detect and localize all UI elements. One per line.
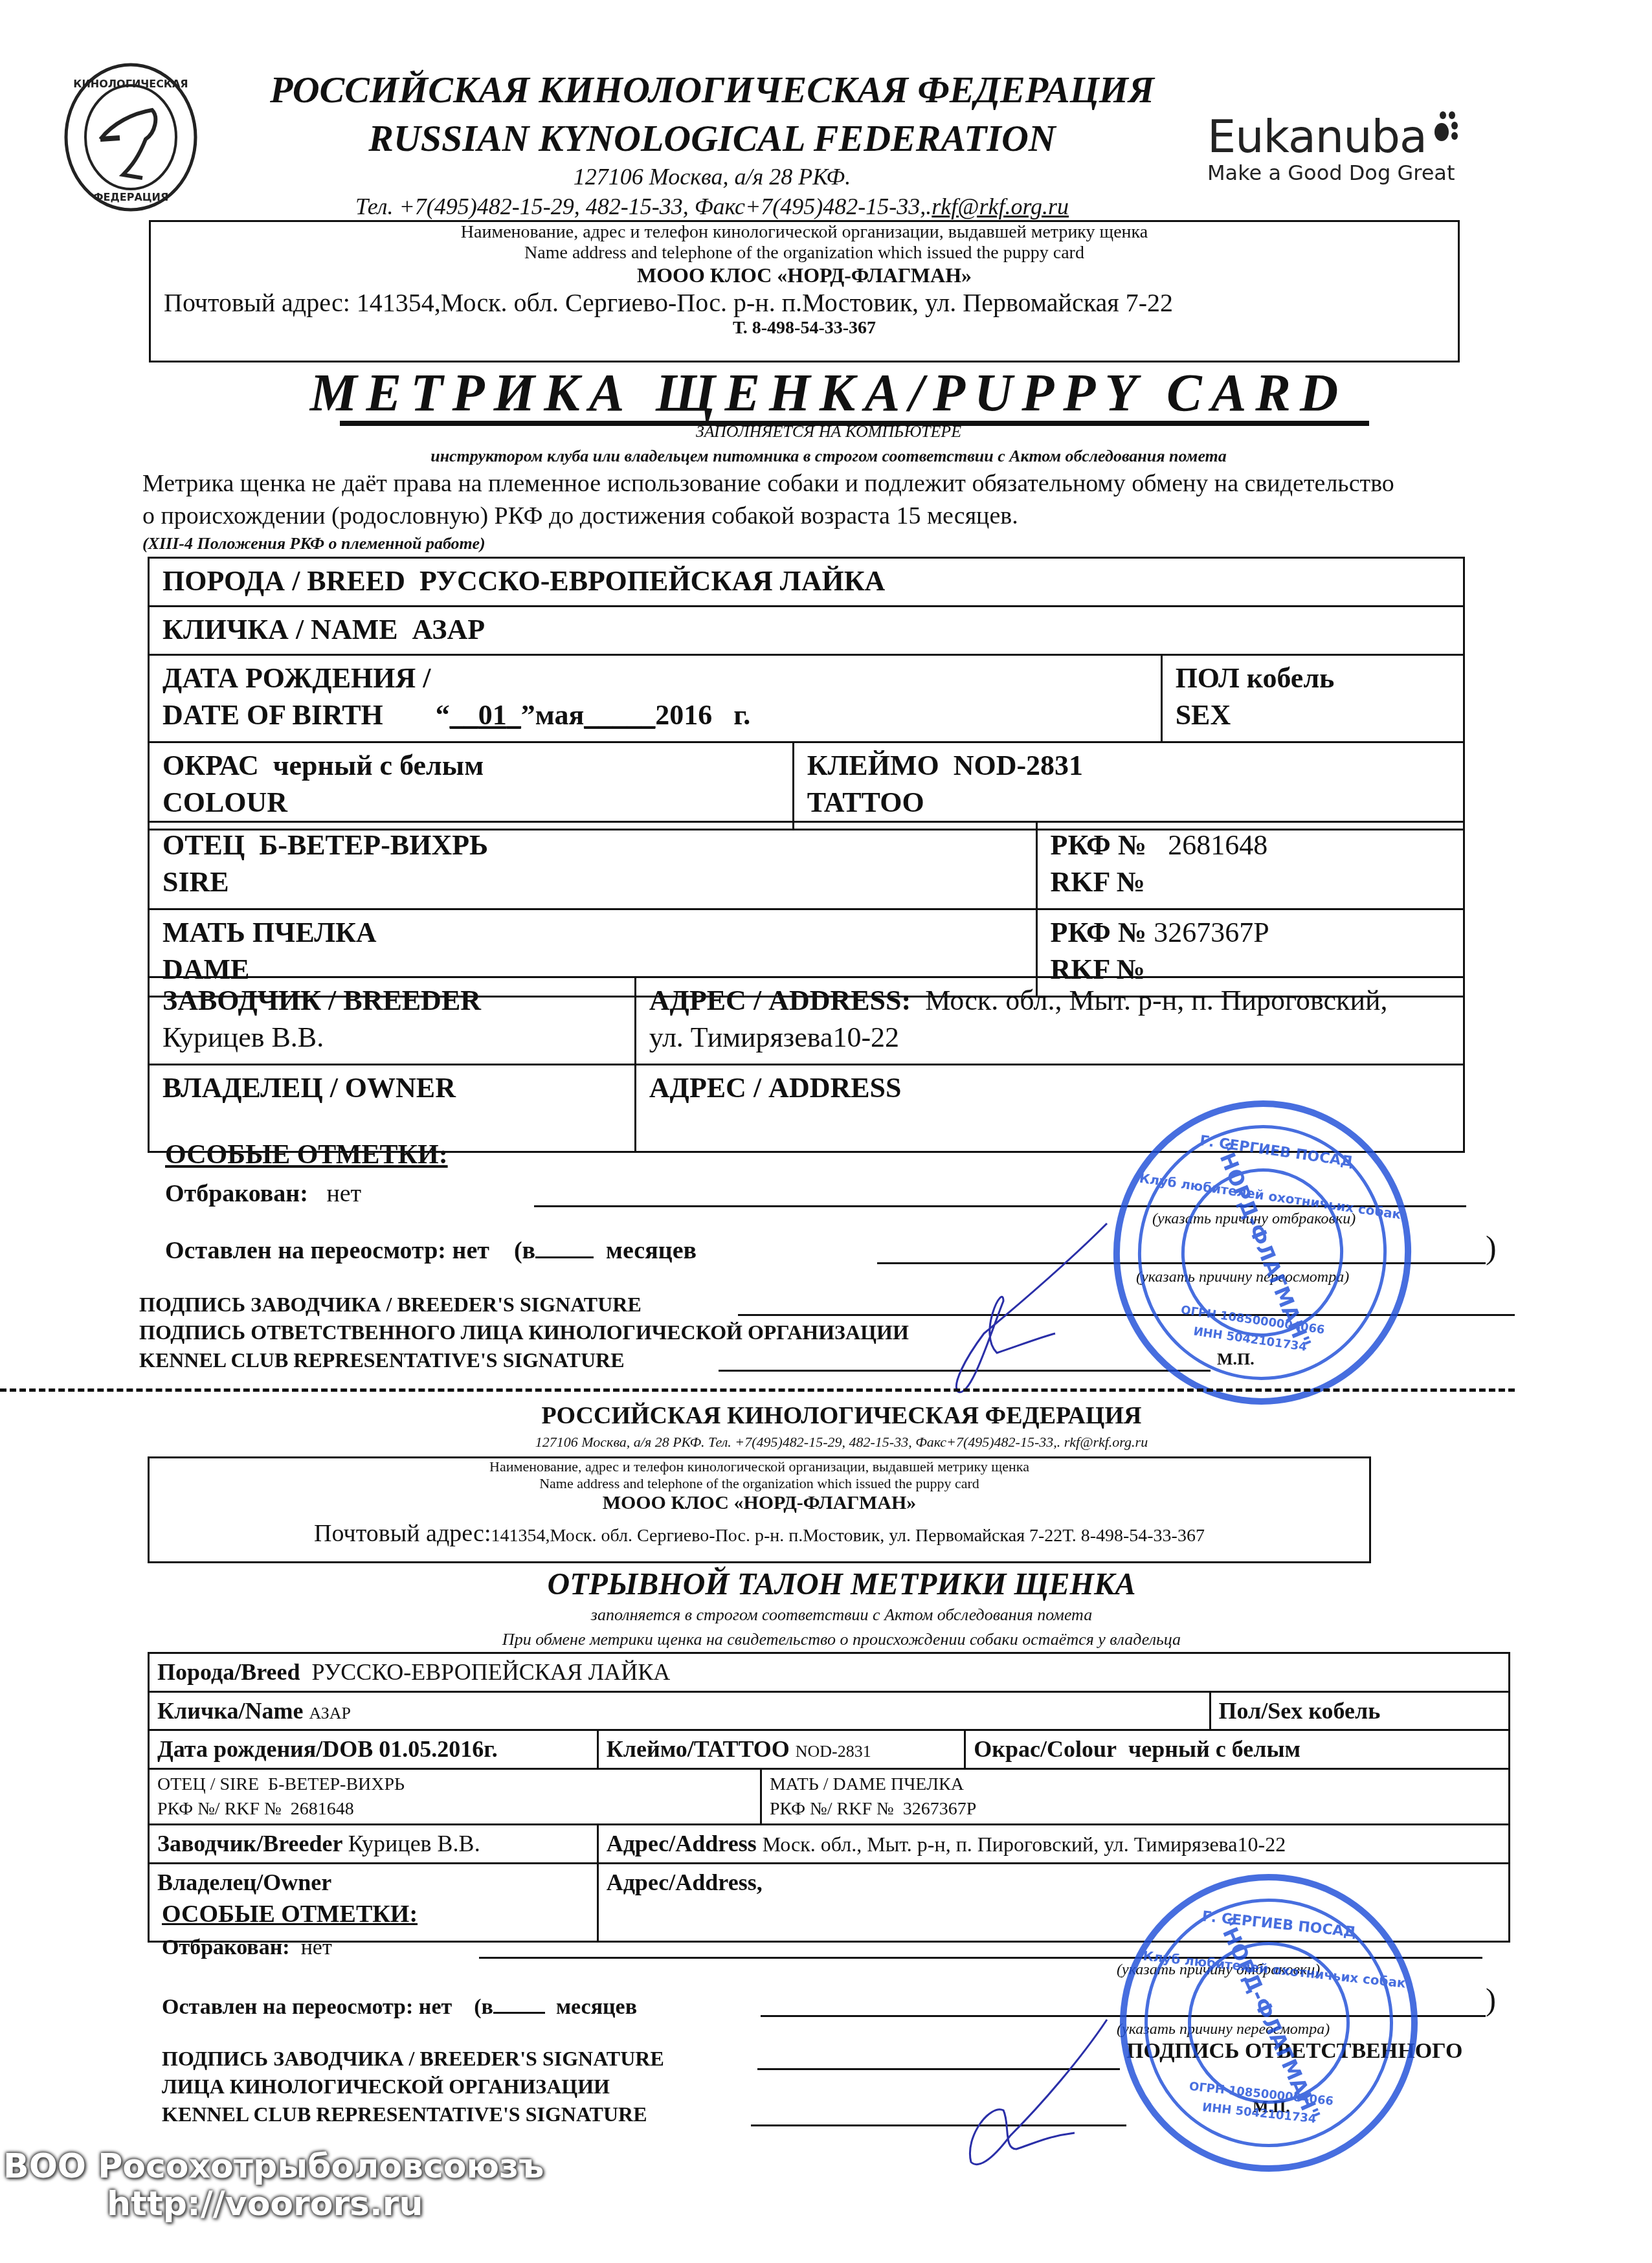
issuer-name: МООО КЛОС «НОРД-ФЛАГМАН» <box>151 263 1458 287</box>
sire-reg-label-en: RKF № <box>1051 864 1450 900</box>
stub-breeder-signature-label: ПОДПИСЬ ЗАВОДЧИКА / BREEDER'S SIGNATURE <box>162 2047 664 2071</box>
stub-note-2: При обмене метрики щенка на свидетельств… <box>129 1630 1554 1649</box>
stub-culled-row: Отбракован: нет <box>162 1935 332 1960</box>
stub-sire-label: ОТЕЦ / SIRE <box>157 1774 259 1794</box>
breeder-address-line-1: Моск. обл., Мыт. р-н, п. Пироговский, <box>925 985 1387 1016</box>
header-contacts: Тел. +7(495)482-15-29, 482-15-33, Факс+7… <box>259 193 1165 220</box>
stub-breeder-address-label: Адрес/Address <box>607 1831 757 1856</box>
stub-dam-reg: 3267367Р <box>903 1799 977 1819</box>
stub-name-label: Кличка/Name <box>157 1698 304 1724</box>
regulation-ref: (XIII-4 Положения РКФ о племенной работе… <box>142 534 790 553</box>
colour-row: ОКРАС черный с белым COLOUR КЛЕЙМО NOD-2… <box>149 742 1464 830</box>
stub-name-row: Кличка/Name АЗАР Пол/Sex кобель <box>149 1691 1510 1730</box>
tear-off-line <box>0 1388 1515 1392</box>
review-months-field[interactable] <box>535 1256 594 1258</box>
breed-label: ПОРОДА / BREED <box>162 565 405 597</box>
issuer-postal-address: Почтовый адрес: 141354,Моск. обл. Сергие… <box>151 287 1458 318</box>
owner-address-label: АДРЕС / ADDRESS <box>649 1069 1450 1106</box>
sponsor-brand: Eukanuba <box>1207 110 1427 163</box>
stub-dam-label: МАТЬ / DAME <box>770 1774 886 1794</box>
stub-review-months-suffix: месяцев <box>556 1995 637 2019</box>
owner-label: ВЛАДЕЛЕЦ / OWNER <box>162 1069 621 1106</box>
special-marks-title: ОСОБЫЕ ОТМЕТКИ: <box>165 1139 448 1170</box>
issuer-label-ru: Наименование, адрес и телефон кинологиче… <box>151 222 1458 243</box>
review-close-paren: ) <box>1486 1229 1497 1266</box>
breed-value: РУССКО-ЕВРОПЕЙСКАЯ ЛАЙКА <box>419 565 885 597</box>
sire-row: ОТЕЦ Б-ВЕТЕР-ВИХРЬ SIRE РКФ № 2681648 RK… <box>149 822 1464 909</box>
issuer-phone: Т. 8-498-54-33-367 <box>151 318 1458 339</box>
stub-breed-value: РУССКО-ЕВРОПЕЙСКАЯ ЛАЙКА <box>312 1659 671 1685</box>
stub-contacts: 127106 Москва, а/я 28 РКФ. Тел. +7(495)4… <box>129 1434 1554 1451</box>
dob-month: мая <box>535 699 584 731</box>
stub-review-value: нет <box>419 1995 452 2019</box>
culled-value: нет <box>326 1180 361 1207</box>
culled-label: Отбракован: <box>165 1180 308 1207</box>
stub-heading: ОТРЫВНОЙ ТАЛОН МЕТРИКИ ЩЕНКА <box>129 1566 1554 1602</box>
breeder-address-label: АДРЕС / ADDRESS: <box>649 985 911 1016</box>
svg-text:ФЕДЕРАЦИЯ: ФЕДЕРАЦИЯ <box>93 191 169 203</box>
dob-label-en: DATE OF BIRTH <box>162 699 383 731</box>
stub-postal-value: 141354,Моск. обл. Сергиево-Пос. р-н. п.М… <box>491 1526 1204 1546</box>
breeder-signature-label: ПОДПИСЬ ЗАВОДЧИКА / BREEDER'S SIGNATURE <box>139 1293 642 1317</box>
stub-breeder-address: Моск. обл., Мыт. р-н, п. Пироговский, ул… <box>763 1833 1286 1856</box>
watermark-url[interactable]: http://voorors.ru <box>3 2185 544 2223</box>
dog-info-table: ПОРОДА / BREED РУССКО-ЕВРОПЕЙСКАЯ ЛАЙКА … <box>148 557 1465 831</box>
stub-review-months-field[interactable] <box>493 2012 545 2014</box>
stub-title-ru: РОССИЙСКАЯ КИНОЛОГИЧЕСКАЯ ФЕДЕРАЦИЯ <box>129 1401 1554 1430</box>
sponsor-tagline: Make a Good Dog Great <box>1207 161 1512 185</box>
stub-issuer-label-en: Name address and telephone of the organi… <box>150 1475 1369 1492</box>
stub-issuer-name: МООО КЛОС «НОРД-ФЛАГМАН» <box>150 1492 1369 1514</box>
sex-label-en: SEX <box>1176 697 1450 733</box>
stub-sire-name: Б-ВЕТЕР-ВИХРЬ <box>268 1774 405 1794</box>
dob-label-ru: ДАТА РОЖДЕНИЯ / <box>162 660 1148 697</box>
stub-dam-name: ПЧЕЛКА <box>891 1774 964 1794</box>
name-value: АЗАР <box>412 614 486 645</box>
stub-review-row: Оставлен на переосмотр: нет (в месяцев <box>162 1995 637 2020</box>
eukanuba-logo: Eukanuba Make a Good Dog Great <box>1207 110 1512 185</box>
review-row: Оставлен на переосмотр: нет (в месяцев <box>165 1236 697 1265</box>
colour-label-ru: ОКРАС <box>162 750 259 781</box>
rep-signature-label-ru: ПОДПИСЬ ОТВЕТСТВЕННОГО ЛИЦА КИНОЛОГИЧЕСК… <box>139 1321 909 1344</box>
colour-label-en: COLOUR <box>162 784 779 821</box>
stub-special-marks-title: ОСОБЫЕ ОТМЕТКИ: <box>162 1900 418 1928</box>
review-label: Оставлен на переосмотр: <box>165 1237 446 1264</box>
review-value: нет <box>452 1237 489 1264</box>
stub-sire-reg: 2681648 <box>291 1799 354 1819</box>
review-months-prefix: (в <box>514 1237 535 1264</box>
header-tel: Тел. +7(495)482-15-29, 482-15-33, Факс+7… <box>355 194 932 219</box>
stub-colour-label: Окрас/Colour <box>974 1736 1117 1762</box>
stub-postal-label: Почтовый адрес: <box>314 1520 491 1547</box>
tattoo-label-en: TATTOO <box>807 784 1450 821</box>
stub-signature-scribble <box>893 2007 1178 2175</box>
stub-issuer-box: Наименование, адрес и телефон кинологиче… <box>148 1456 1371 1563</box>
stub-name-value: АЗАР <box>309 1704 351 1722</box>
disclaimer-line-1: Метрика щенка не даёт права на племенное… <box>142 469 1631 498</box>
rkf-dog-emblem-icon: КИНОЛОГИЧЕСКАЯ ФЕДЕРАЦИЯ <box>61 61 201 214</box>
header-title-ru: РОССИЙСКАЯ КИНОЛОГИЧЕСКАЯ ФЕДЕРАЦИЯ <box>259 68 1165 111</box>
review-months-suffix: месяцев <box>606 1237 697 1264</box>
dam-label-ru: МАТЬ <box>162 917 245 948</box>
stub-tattoo-value: NOD-2831 <box>796 1742 871 1761</box>
header-title-en: RUSSIAN KYNOLOGICAL FEDERATION <box>259 117 1165 160</box>
stub-culled-label: Отбракован: <box>162 1935 290 1959</box>
breeder-row: ЗАВОДЧИК / BREEDER Курицев В.В. АДРЕС / … <box>149 977 1464 1065</box>
signature-scribble <box>893 1204 1178 1398</box>
stub-issuer-label-ru: Наименование, адрес и телефон кинологиче… <box>150 1458 1369 1475</box>
disclaimer-line-2: о происхождении (родословную) РКФ до дос… <box>142 502 1631 530</box>
stub-sex-value: кобель <box>1308 1698 1380 1724</box>
stub-dob-label: Дата рождения/DOB <box>157 1736 373 1762</box>
parents-table: ОТЕЦ Б-ВЕТЕР-ВИХРЬ SIRE РКФ № 2681648 RK… <box>148 821 1465 997</box>
stub-review-months-prefix: (в <box>474 1995 493 2019</box>
dob-year: 2016 <box>655 699 712 731</box>
stub-breed-row: Порода/Breed РУССКО-ЕВРОПЕЙСКАЯ ЛАЙКА <box>149 1653 1510 1692</box>
tattoo-label-ru: КЛЕЙМО <box>807 750 939 781</box>
breeder-label: ЗАВОДЧИК / BREEDER <box>162 982 621 1019</box>
stub-breeder-name: Курицев В.В. <box>348 1831 480 1856</box>
dob-day: 01 <box>478 699 507 731</box>
stub-rep-signature-label-2: ЛИЦА КИНОЛОГИЧЕСКОЙ ОРГАНИЗАЦИИ <box>162 2075 610 2099</box>
issuer-label-en: Name address and telephone of the organi… <box>151 243 1458 263</box>
stub-dam-reg-label: РКФ №/ RKF № <box>770 1799 894 1819</box>
stub-note-1: заполняется в строгом соответствии с Акт… <box>129 1605 1554 1625</box>
name-label: КЛИЧКА / NAME <box>162 614 398 645</box>
stub-culled-value: нет <box>301 1935 332 1959</box>
sire-reg-number: 2681648 <box>1168 829 1267 861</box>
tattoo-value: NOD-2831 <box>954 750 1083 781</box>
header-address: 127106 Москва, а/я 28 РКФ. <box>259 163 1165 190</box>
sire-reg-label-ru: РКФ № <box>1051 829 1147 861</box>
paw-print-icon <box>1431 110 1459 146</box>
dam-reg-label-ru: РКФ № <box>1051 917 1147 948</box>
sire-label-en: SIRE <box>162 864 1023 900</box>
stub-owner-address-label: Адрес/Address, <box>607 1869 763 1895</box>
svg-text:КИНОЛОГИЧЕСКАЯ: КИНОЛОГИЧЕСКАЯ <box>73 78 188 90</box>
stub-colour-value: черный с белым <box>1128 1736 1300 1762</box>
dob-suffix: г. <box>733 699 750 731</box>
breeder-name: Курицев В.В. <box>162 1019 621 1056</box>
stub-dob-row: Дата рождения/DOB 01.05.2016г. Клеймо/TA… <box>149 1730 1510 1769</box>
stub-review-close-paren: ) <box>1486 1982 1496 2018</box>
breeder-address-line-2: ул. Тимирязева10-22 <box>649 1019 1450 1056</box>
card-title: МЕТРИКА ЩЕНКА/PUPPY CARD <box>214 362 1444 423</box>
rep-signature-label-en: KENNEL CLUB REPRESENTATIVE'S SIGNATURE <box>139 1348 625 1372</box>
watermark-line-1: ВОО Росохотрыболовсоюзъ <box>3 2148 544 2185</box>
sex-label-ru: ПОЛ <box>1176 662 1240 694</box>
culled-row: Отбракован: нет <box>165 1179 361 1208</box>
sire-name: Б-ВЕТЕР-ВИХРЬ <box>259 829 488 861</box>
dam-name: ПЧЕЛКА <box>252 917 377 948</box>
colour-value: черный с белым <box>273 750 484 781</box>
stub-tattoo-label: Клеймо/TATTOO <box>607 1736 790 1762</box>
fill-note-1: ЗАПОЛНЯЕТСЯ НА КОМПЬЮТЕРЕ <box>214 422 1444 441</box>
dam-reg-number: 3267367Р <box>1154 917 1269 948</box>
stub-owner-label: Владелец/Owner <box>157 1869 331 1895</box>
stub-review-label: Оставлен на переосмотр: <box>162 1995 413 2019</box>
watermark: ВОО Росохотрыболовсоюзъ http://voorors.r… <box>3 2148 544 2223</box>
stub-breeder-label: Заводчик/Breeder <box>157 1831 342 1856</box>
stub-breed-label: Порода/Breed <box>157 1659 300 1685</box>
issuer-box: Наименование, адрес и телефон кинологиче… <box>149 220 1460 362</box>
stub-rep-signature-label-en: KENNEL CLUB REPRESENTATIVE'S SIGNATURE <box>162 2102 647 2126</box>
fill-note-2: инструктором клуба или владельцем питомн… <box>214 447 1444 466</box>
stub-dob-value: 01.05.2016г. <box>379 1736 497 1762</box>
stub-parents-row: ОТЕЦ / SIRE Б-ВЕТЕР-ВИХРЬ РКФ №/ RKF № 2… <box>149 1768 1510 1825</box>
sex-value: кобель <box>1247 662 1335 694</box>
stub-sire-reg-label: РКФ №/ RKF № <box>157 1799 282 1819</box>
header-email-link[interactable]: rkf@rkf.org.ru <box>932 194 1069 219</box>
rkf-logo: КИНОЛОГИЧЕСКАЯ ФЕДЕРАЦИЯ <box>61 61 201 214</box>
dob-row: ДАТА РОЖДЕНИЯ / DATE OF BIRTH “__01_”мая… <box>149 655 1464 742</box>
stub-breeder-row: Заводчик/Breeder Курицев В.В. Адрес/Addr… <box>149 1825 1510 1864</box>
name-row: КЛИЧКА / NAME АЗАР <box>149 607 1464 655</box>
sire-label-ru: ОТЕЦ <box>162 829 245 861</box>
breed-row: ПОРОДА / BREED РУССКО-ЕВРОПЕЙСКАЯ ЛАЙКА <box>149 558 1464 607</box>
stub-sex-label: Пол/Sex <box>1219 1698 1303 1724</box>
